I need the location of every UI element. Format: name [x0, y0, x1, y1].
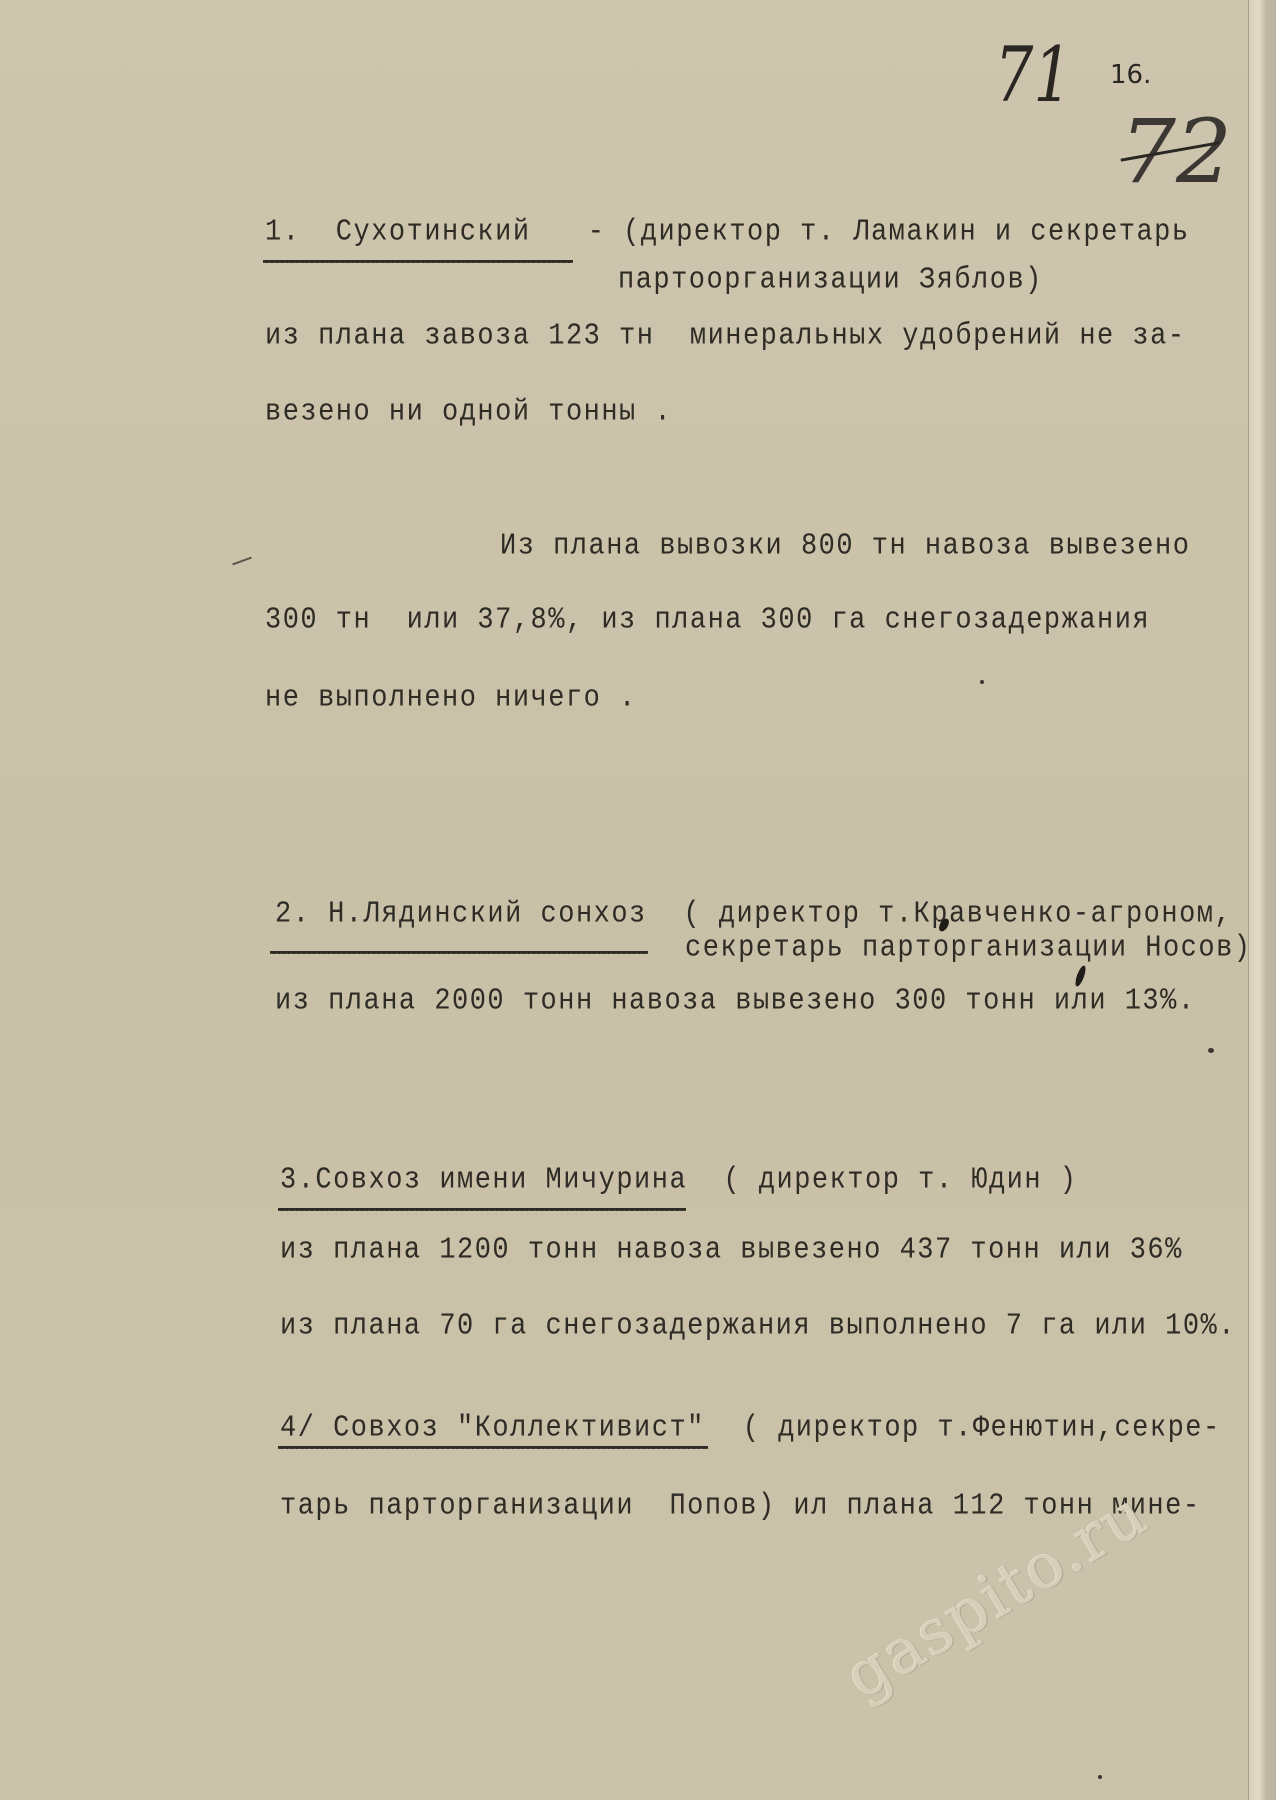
section-3-heading: 3.Совхоз имени Мичурина: [280, 1164, 687, 1198]
page-number: 16.: [1110, 60, 1151, 90]
section-2-line-1: секретарь парторганизации Носов): [685, 932, 1251, 966]
section-4-heading: 4/ Совхоз "Коллективист": [280, 1412, 705, 1446]
section-1-line-5: 300 тн или 37,8%, из плана 300 га снегоз…: [265, 604, 1150, 638]
section-1-heading: 1. Сухотинский: [265, 216, 531, 250]
paper-speck: [980, 680, 984, 684]
section-2-line-2: из плана 2000 тонн навоза вывезено 300 т…: [275, 985, 1196, 1019]
handwritten-number-top: 71: [995, 30, 1072, 119]
section-2-heading: 2. Н.Лядинский сонхоз: [275, 898, 647, 932]
section-1-line-2: из плана завоза 123 тн минеральных удобр…: [265, 320, 1186, 354]
page-edge: [1248, 0, 1276, 1800]
section-2-underline: [270, 951, 648, 954]
section-1-line-6: не выполнено ничего .: [265, 682, 637, 716]
section-1-heading-rest: - (директор т. Ламакин и секретарь: [570, 216, 1190, 250]
paper-speck: [1208, 1048, 1214, 1053]
paper-speck: [1098, 1775, 1102, 1779]
section-1-line-4: Из плана вывозки 800 тн навоза вывезено: [500, 530, 1190, 564]
section-3-underline: [278, 1208, 686, 1211]
section-4-underline: [278, 1446, 708, 1449]
section-3-heading-rest: ( директор т. Юдин ): [688, 1164, 1077, 1198]
section-3-line-2: из плана 70 га снегозадержания выполнено…: [280, 1310, 1236, 1344]
section-4-heading-rest: ( директор т.Фенютин,секре-: [725, 1412, 1221, 1446]
section-3-line-1: из плана 1200 тонн навоза вывезено 437 т…: [280, 1234, 1183, 1268]
section-1-underline: [263, 260, 573, 263]
section-1-line-1: партоорганизации Зяблов): [618, 264, 1043, 298]
section-1-line-3: везено ни одной тонны .: [265, 396, 672, 430]
